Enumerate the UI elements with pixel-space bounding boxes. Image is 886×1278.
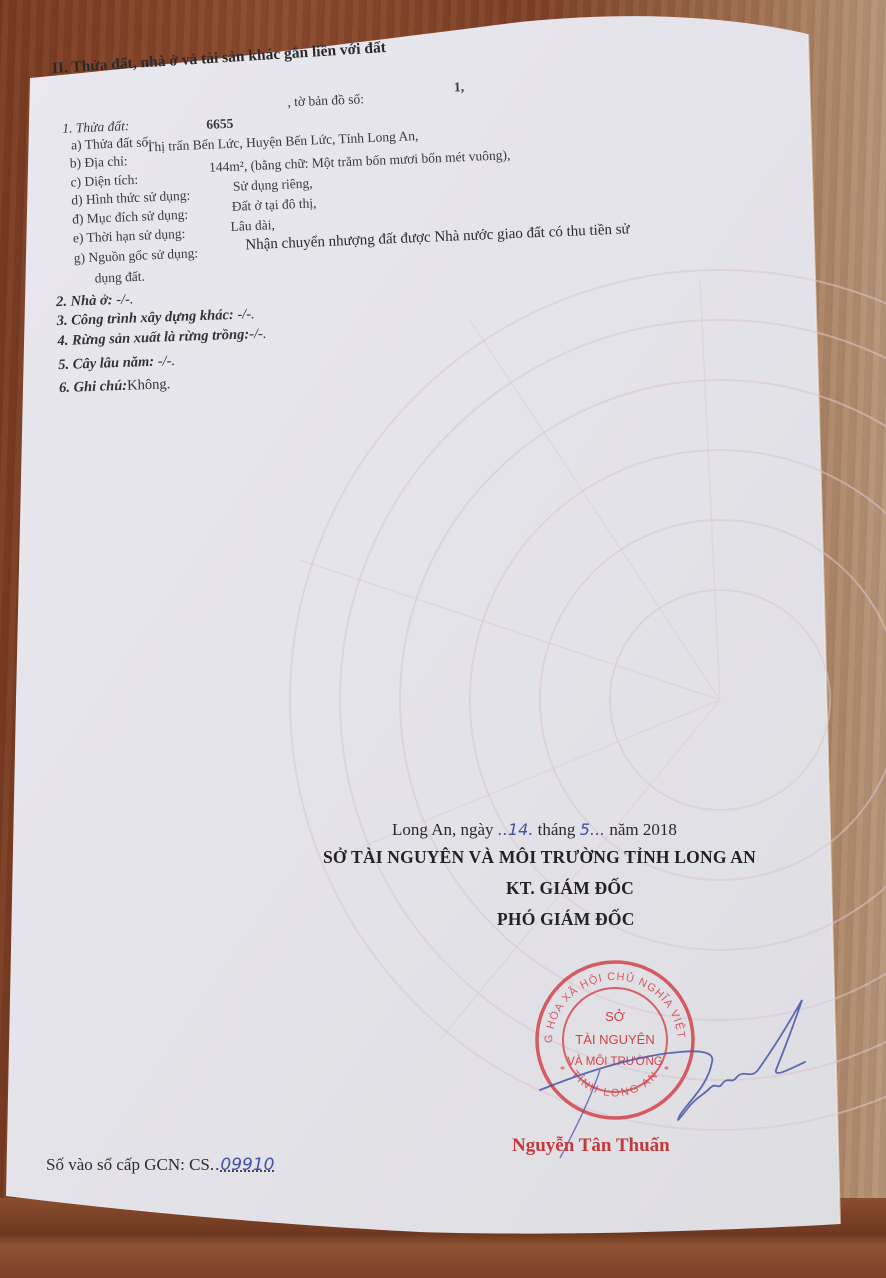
deputy-director-title: PHÓ GIÁM ĐỐC	[497, 909, 635, 930]
registry-label: Số vào sổ cấp GCN:	[46, 1155, 185, 1174]
signer-name: Nguyễn Tân Thuấn	[512, 1135, 670, 1157]
registry-prefix: CS	[189, 1155, 210, 1174]
handwritten-day: 14	[508, 820, 528, 839]
house-item: 2. Nhà ở: -/-.	[56, 291, 134, 311]
land-certificate-page: II. Thửa đất, nhà ở và tài sản khác gắn …	[0, 0, 886, 1278]
notes-item: 6. Ghi chú:Không.	[59, 376, 171, 397]
agency-name: SỞ TÀI NGUYÊN VÀ MÔI TRƯỜNG TỈNH LONG AN	[323, 847, 756, 868]
handwritten-month: 5	[580, 820, 590, 839]
on-behalf-title: KT. GIÁM ĐỐC	[506, 878, 634, 899]
registry-number-line: Số vào sổ cấp GCN: CS..09910	[46, 1155, 274, 1175]
date-line: Long An, ngày ..14. tháng 5... năm 2018	[392, 820, 677, 840]
planted-forest-item: 4. Rừng sản xuất là rừng trồng:-/-.	[57, 326, 267, 350]
perennial-trees-item: 5. Cây lâu năm: -/-.	[58, 353, 175, 374]
registry-number: 09910	[220, 1155, 274, 1175]
